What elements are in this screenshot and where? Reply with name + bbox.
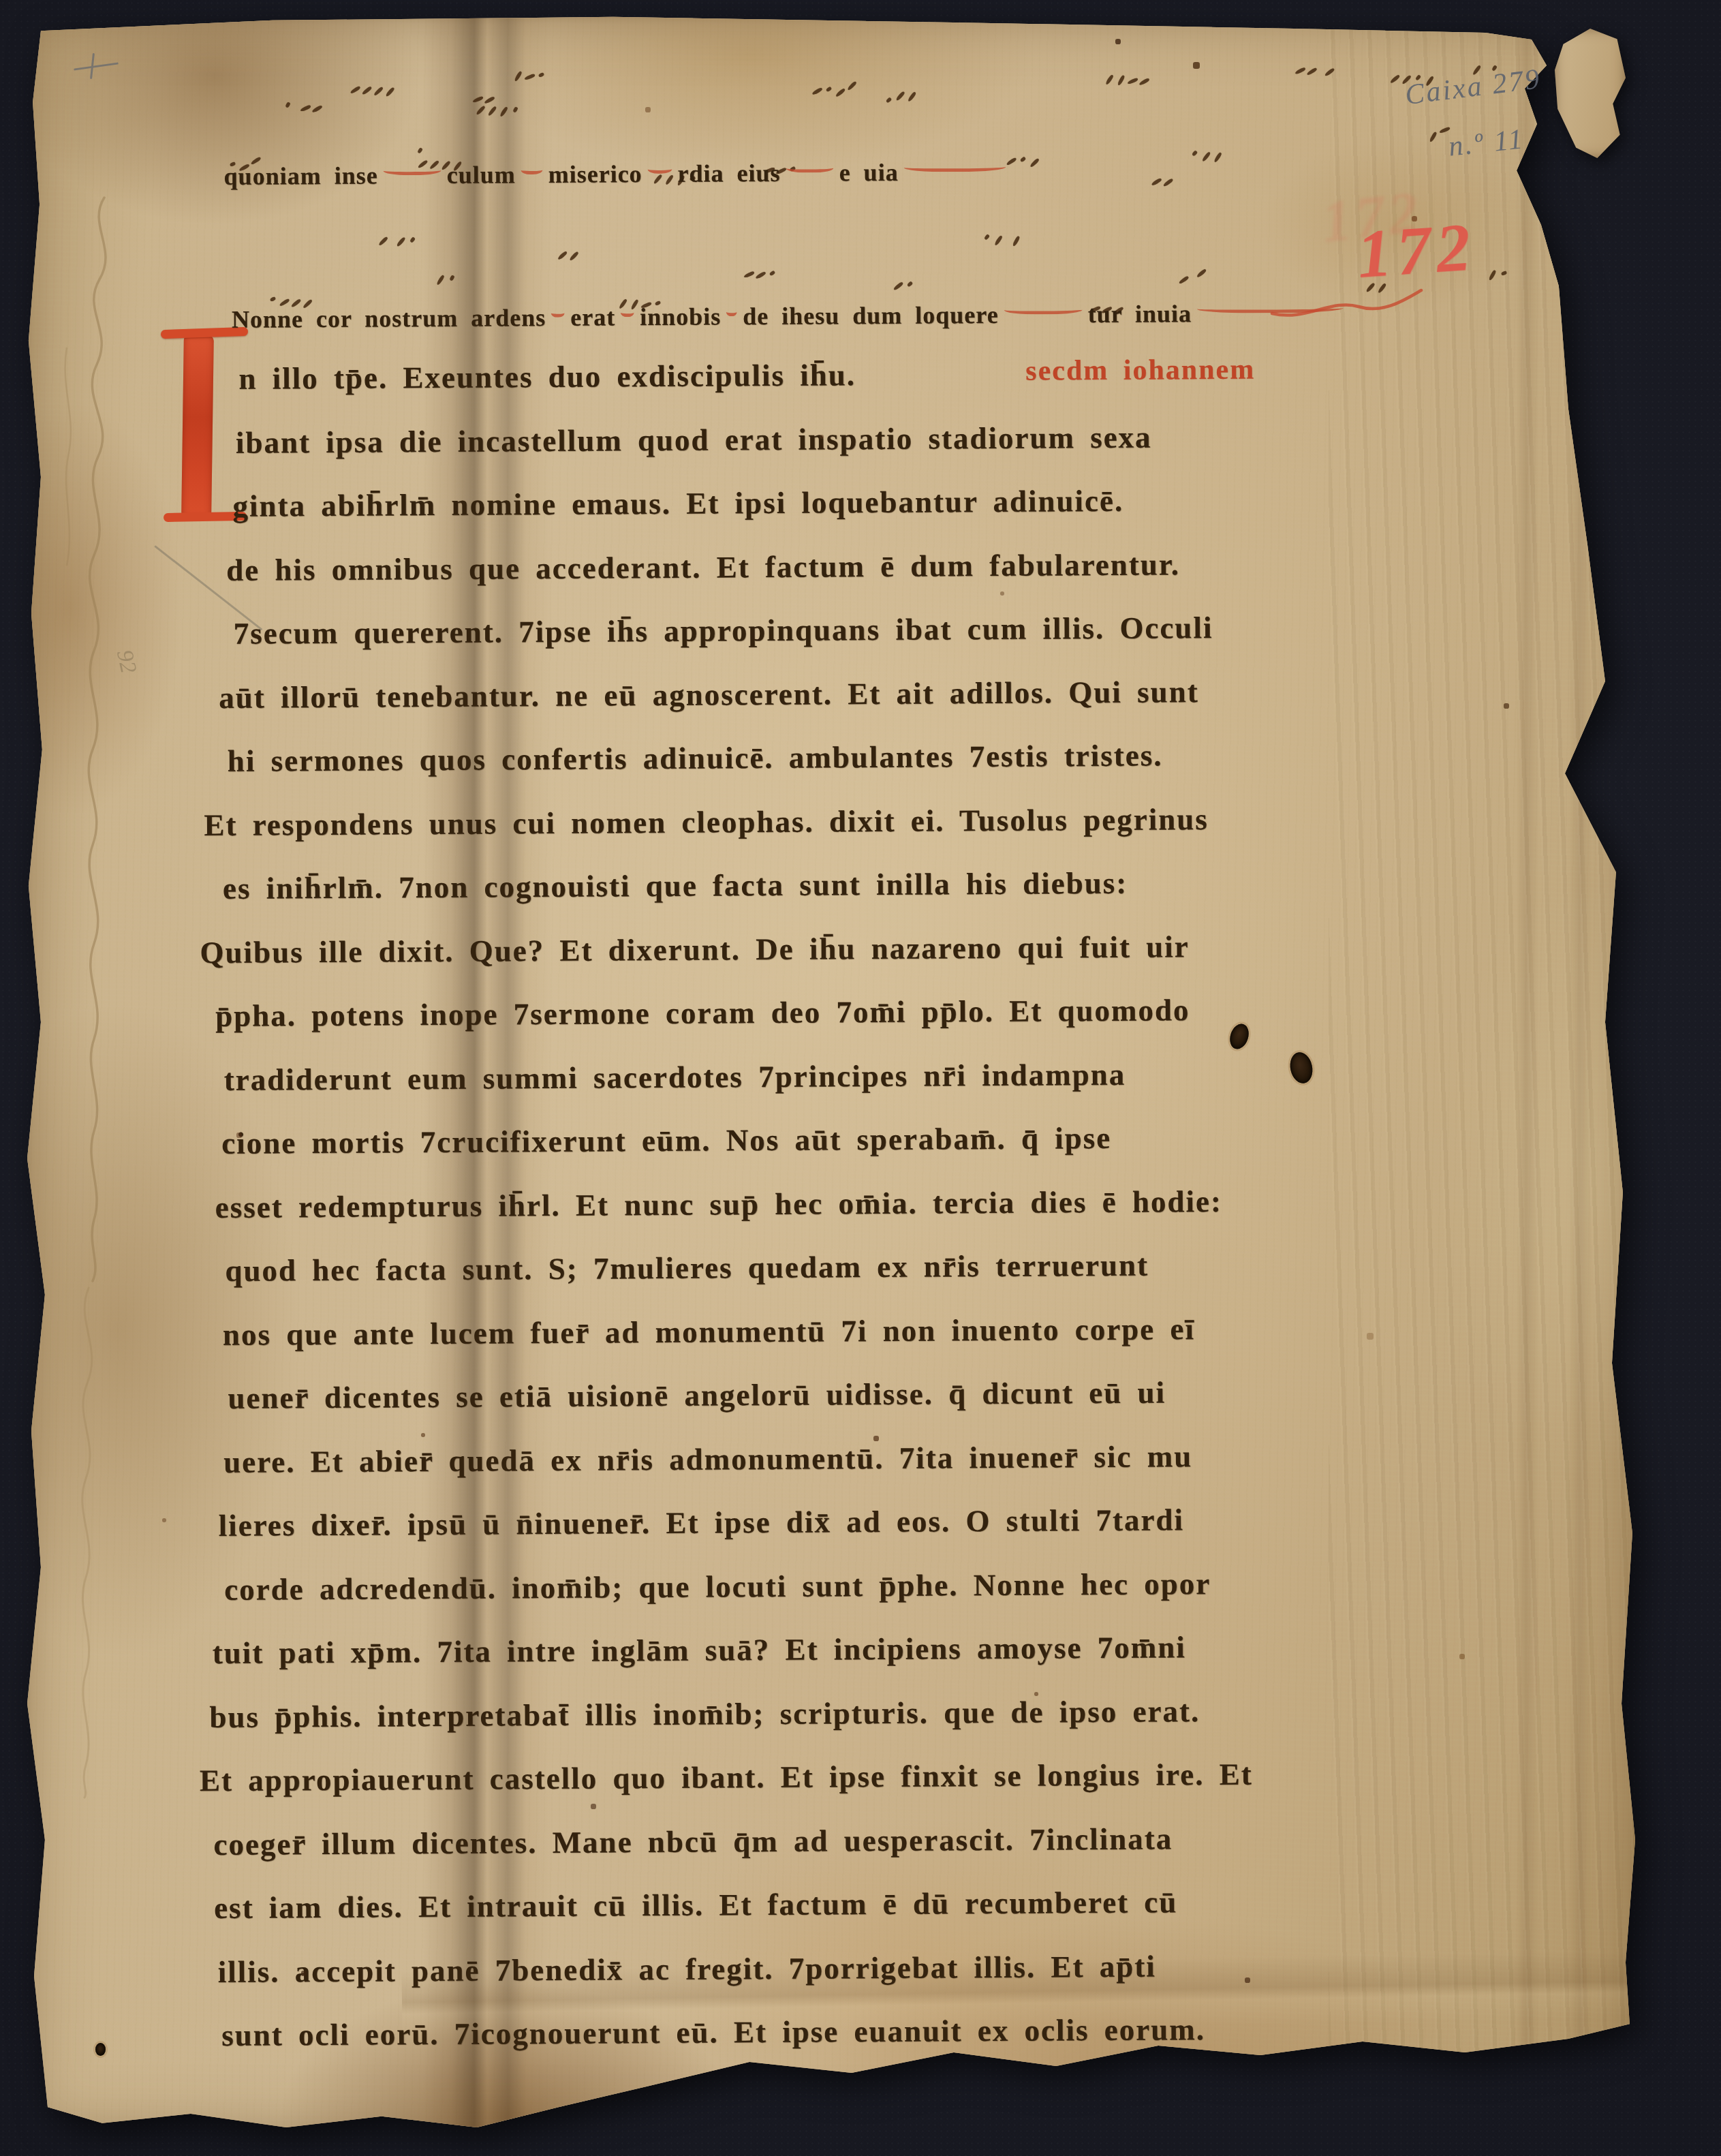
manuscript-text: cione mortis 7crucifixerunt eūm. Nos au… xyxy=(221,1121,1111,1160)
text-line: lieres dixer̄. ipsū ū n̄inuener̄. Et i… xyxy=(218,1502,1184,1543)
manuscript-text: 7secum quererent. 7ipse ih̄s appropinqua… xyxy=(233,611,1213,651)
parchment-hole xyxy=(95,2043,106,2056)
manuscript-photo-page: 92 quoniam inseculummisericordia eiuse u… xyxy=(0,0,1721,2156)
manuscript-text: tuit pati xp̄m. 7ita intre inglām suā?… xyxy=(213,1630,1186,1670)
text-line: est iam dies. Et intrauit cū illis. Et … xyxy=(214,1884,1178,1926)
manuscript-text: est iam dies. Et intrauit cū illis. Et … xyxy=(214,1885,1177,1925)
text-line: aūt illorū tenebantur. ne eū agnoscer… xyxy=(219,674,1199,715)
red-extender-line xyxy=(551,307,565,318)
red-extender-line xyxy=(726,306,737,316)
manuscript-text: de his omnibus que accederant. Et factum… xyxy=(226,547,1180,587)
red-extender-line xyxy=(786,162,833,172)
manuscript-text: aūt illorū tenebantur. ne eū agnoscer… xyxy=(219,675,1199,715)
text-line: Et appropiauerunt castello quo ibant. Et… xyxy=(200,1757,1253,1798)
manuscript-text: quoniam inse xyxy=(223,161,377,189)
text-line: es inih̄rlm̄. 7non cognouisti que facta … xyxy=(223,865,1128,906)
red-extender-line xyxy=(521,164,543,174)
text-line: sunt ocli eorū. 7icognouerunt eū. Et i… xyxy=(221,2012,1205,2053)
text-line: nos que ante lucem fuer̄ ad monumentū 7… xyxy=(223,1311,1195,1353)
text-line: n illo tp̄e. Exeuntes duo exdiscipulis i… xyxy=(238,357,856,397)
leaf-content: 92 quoniam inseculummisericordia eiuse u… xyxy=(0,0,1721,2156)
red-extender-line xyxy=(384,165,441,176)
manuscript-text: nos que ante lucem fuer̄ ad monumentū 7… xyxy=(223,1312,1195,1352)
music-lyric-line: quoniam inseculummisericordia eiuse uia xyxy=(223,157,1011,191)
text-line: quod hec facta sunt. S; 7mulieres quedam… xyxy=(225,1248,1149,1289)
music-lyric-line: Nonne cor nostrum ardenseratinnobisde ih… xyxy=(232,298,1349,334)
manuscript-text: rdia eius xyxy=(677,159,780,187)
manuscript-text: lieres dixer̄. ipsū ū n̄inuener̄. Et i… xyxy=(218,1503,1184,1543)
text-block: quoniam inseculummisericordia eiuse uiaN… xyxy=(0,0,1721,2156)
manuscript-text: Quibus ille dixit. Que? Et dixerunt. De … xyxy=(200,929,1189,970)
text-line: illis. accepit panē 7benedix̄ ac fregit… xyxy=(217,1949,1156,1990)
manuscript-text: es inih̄rlm̄. 7non cognouisti que facta … xyxy=(223,866,1128,906)
text-line: esset redempturus ih̄rl. Et nunc sup̄ he… xyxy=(215,1184,1222,1225)
ink-specks xyxy=(0,0,1,1)
text-line: ginta abih̄rlm̄ nomine emaus. Et ipsi lo… xyxy=(232,483,1123,524)
manuscript-text: n illo tp̄e. Exeuntes duo exdiscipulis i… xyxy=(238,358,856,396)
text-line: bus p̄phis. interpretabat̄ illis inom̄ib… xyxy=(209,1693,1200,1735)
manuscript-text: tur inuia xyxy=(1087,300,1192,328)
manuscript-text: Et respondens unus cui nomen cleophas. d… xyxy=(204,802,1209,842)
red-extender-line xyxy=(1004,304,1082,315)
manuscript-text: bus p̄phis. interpretabat̄ illis inom̄ib… xyxy=(209,1694,1200,1734)
manuscript-text: p̄pha. potens inope 7sermone coram deo 7… xyxy=(215,993,1190,1033)
text-line: coeger̄ illum dicentes. Mane nbcū q̄m a… xyxy=(213,1821,1173,1862)
manuscript-text: corde adcredendū. inom̄ib; que locuti s… xyxy=(224,1567,1211,1607)
manuscript-text: illis. accepit panē 7benedix̄ ac fregit… xyxy=(217,1950,1156,1989)
manuscript-text: uere. Et abier̄ quedā ex nr̄is admonume… xyxy=(223,1439,1192,1479)
manuscript-text: hi sermones quos confertis adinuicē. am… xyxy=(228,738,1163,777)
manuscript-text: ibant ipsa die incastellum quod erat ins… xyxy=(236,420,1152,460)
red-extender-line xyxy=(903,161,1006,172)
manuscript-text: esset redempturus ih̄rl. Et nunc sup̄ he… xyxy=(215,1184,1222,1225)
red-extender-line xyxy=(647,164,672,174)
text-line: tuit pati xp̄m. 7ita intre inglām suā?… xyxy=(213,1629,1186,1671)
text-line: 7secum quererent. 7ipse ih̄s appropinqua… xyxy=(233,610,1213,651)
manuscript-text: coeger̄ illum dicentes. Mane nbcū q̄m a… xyxy=(213,1821,1173,1862)
manuscript-text: quod hec facta sunt. S; 7mulieres quedam… xyxy=(225,1248,1149,1288)
manuscript-text: e uia xyxy=(839,159,898,187)
text-line: Quibus ille dixit. Que? Et dixerunt. De … xyxy=(200,929,1189,970)
manuscript-text: innobis xyxy=(640,303,721,330)
rubric-text: secdm iohannem xyxy=(1025,354,1255,387)
text-line: tradiderunt eum summi sacerdotes 7princi… xyxy=(223,1057,1126,1098)
red-extender-line xyxy=(621,307,634,317)
manuscript-text: erat xyxy=(570,303,615,330)
text-line: cione mortis 7crucifixerunt eūm. Nos au… xyxy=(221,1120,1111,1161)
text-line: uere. Et abier̄ quedā ex nr̄is admonume… xyxy=(223,1438,1192,1480)
text-line: corde adcredendū. inom̄ib; que locuti s… xyxy=(224,1566,1211,1607)
text-line: hi sermones quos confertis adinuicē. am… xyxy=(228,737,1163,778)
manuscript-text: Et appropiauerunt castello quo ibant. Et… xyxy=(200,1757,1253,1798)
manuscript-text: de ihesu dum loquere xyxy=(743,301,999,330)
manuscript-text: ginta abih̄rlm̄ nomine emaus. Et ipsi lo… xyxy=(232,484,1123,523)
text-line: ibant ipsa die incastellum quod erat ins… xyxy=(236,420,1152,461)
folio-number-red: 172 xyxy=(1354,207,1478,294)
manuscript-text: uener̄ dicentes se etiā uisionē angelo… xyxy=(228,1375,1166,1415)
manuscript-text: tradiderunt eum summi sacerdotes 7princi… xyxy=(223,1058,1126,1097)
text-line: secdm iohannem xyxy=(1025,351,1255,388)
text-line: de his omnibus que accederant. Et factum… xyxy=(226,546,1180,588)
manuscript-text: sunt ocli eorū. 7icognouerunt eū. Et i… xyxy=(221,2012,1205,2052)
text-line: uener̄ dicentes se etiā uisionē angelo… xyxy=(228,1374,1166,1415)
manuscript-text: Nonne cor nostrum ardens xyxy=(232,304,546,333)
manuscript-text: miserico xyxy=(548,160,642,188)
text-line: p̄pha. potens inope 7sermone coram deo 7… xyxy=(215,992,1190,1034)
manuscript-text: culum xyxy=(446,161,515,189)
text-line: Et respondens unus cui nomen cleophas. d… xyxy=(204,801,1209,843)
